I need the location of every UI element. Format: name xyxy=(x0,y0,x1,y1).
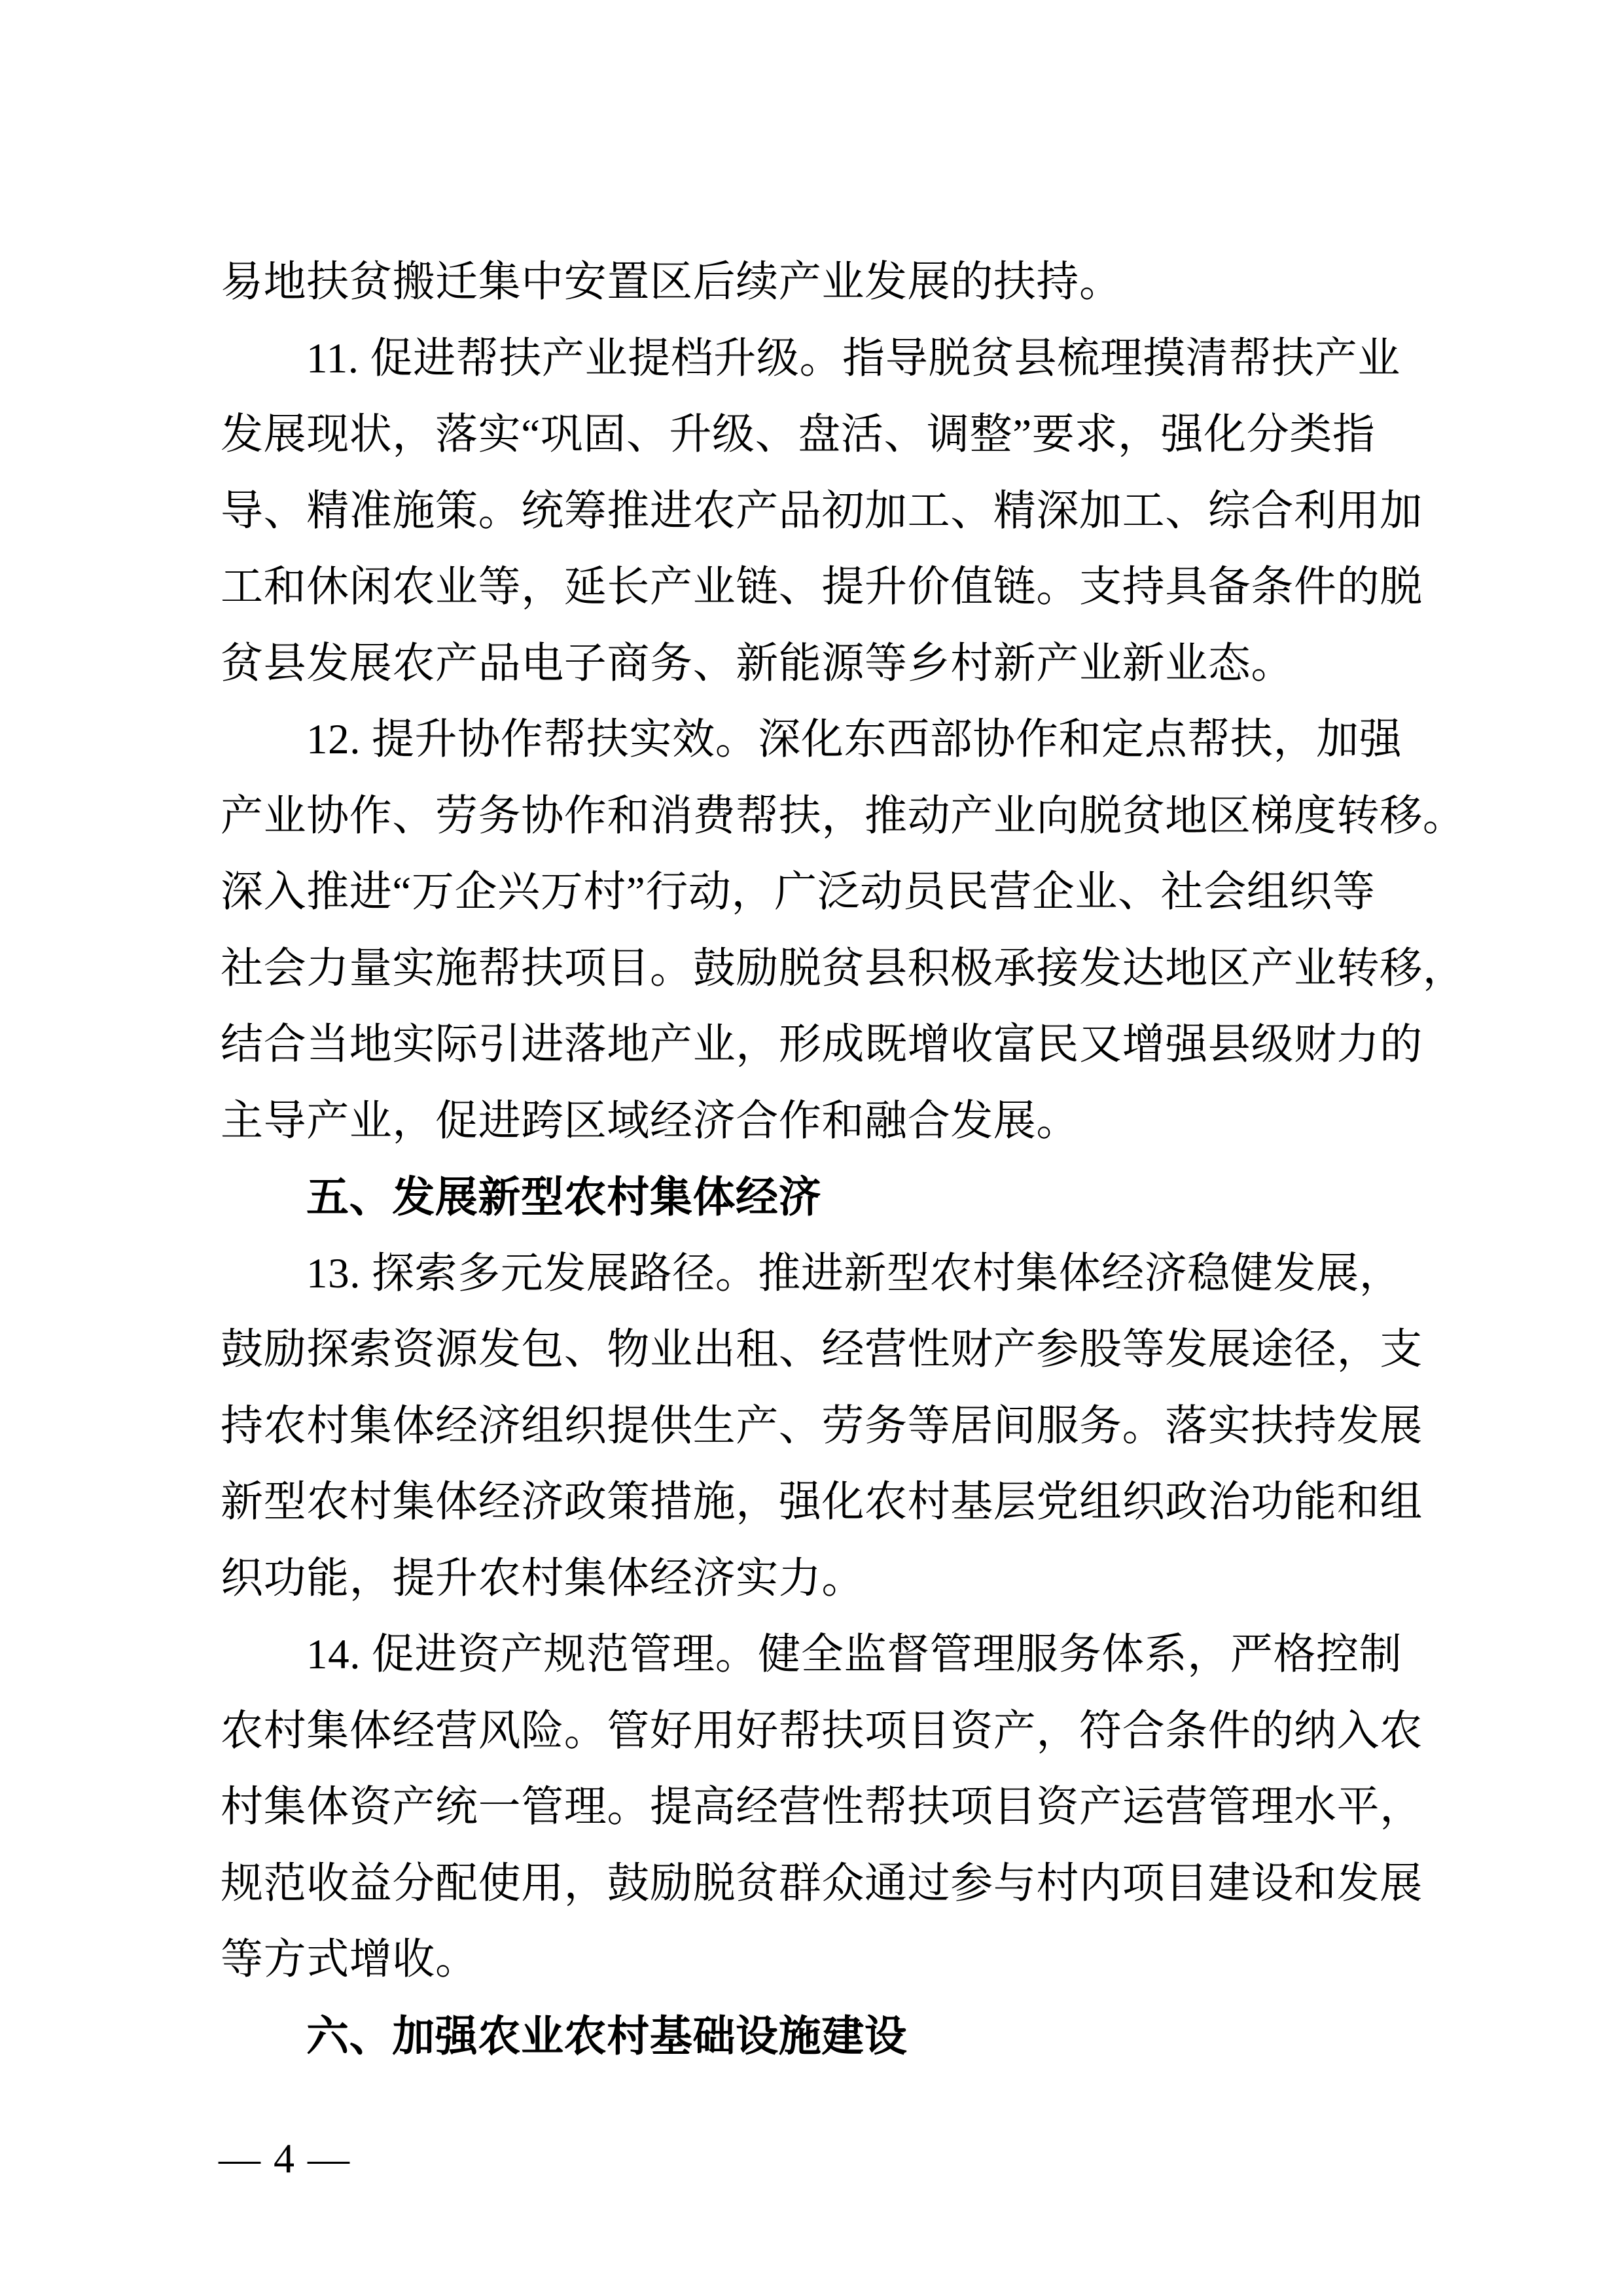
text-line: 贫县发展农产品电子商务、新能源等乡村新产业新业态。 xyxy=(221,626,1430,702)
text-content: 易地扶贫搬迁集中安置区后续产业发展的扶持。11. 促进帮扶产业提档升级。指导脱贫… xyxy=(221,244,1430,2074)
text-line: 鼓励探索资源发包、物业出租、经营性财产参股等发展途径，支 xyxy=(221,1312,1430,1388)
text-line: 易地扶贫搬迁集中安置区后续产业发展的扶持。 xyxy=(221,244,1430,321)
text-line: 导、精准施策。统筹推进农产品初加工、精深加工、综合利用加 xyxy=(221,473,1430,550)
section-heading: 六、加强农业农村基础设施建设 xyxy=(221,1998,1430,2075)
text-line: 规范收益分配使用，鼓励脱贫群众通过参与村内项目建设和发展 xyxy=(221,1846,1430,1922)
text-line: 工和休闲农业等，延长产业链、提升价值链。支持具备条件的脱 xyxy=(221,549,1430,626)
text-line: 深入推进“万企兴万村”行动，广泛动员民营企业、社会组织等 xyxy=(221,854,1430,931)
text-line: 等方式增收。 xyxy=(221,1922,1430,1998)
text-line: 织功能，提升农村集体经济实力。 xyxy=(221,1541,1430,1617)
text-line: 14. 促进资产规范管理。健全监督管理服务体系，严格控制 xyxy=(221,1617,1430,1693)
document-page: 易地扶贫搬迁集中安置区后续产业发展的扶持。11. 促进帮扶产业提档升级。指导脱贫… xyxy=(0,0,1623,2296)
text-line: 村集体资产统一管理。提高经营性帮扶项目资产运营管理水平， xyxy=(221,1769,1430,1846)
text-line: 产业协作、劳务协作和消费帮扶，推动产业向脱贫地区梯度转移。 xyxy=(221,778,1430,855)
text-line: 11. 促进帮扶产业提档升级。指导脱贫县梳理摸清帮扶产业 xyxy=(221,321,1430,397)
text-line: 12. 提升协作帮扶实效。深化东西部协作和定点帮扶，加强 xyxy=(221,702,1430,778)
text-line: 结合当地实际引进落地产业，形成既增收富民又增强县级财力的 xyxy=(221,1007,1430,1083)
text-line: 新型农村集体经济政策措施，强化农村基层党组织政治功能和组 xyxy=(221,1464,1430,1541)
text-line: 社会力量实施帮扶项目。鼓励脱贫县积极承接发达地区产业转移， xyxy=(221,931,1430,1007)
section-heading: 五、发展新型农村集体经济 xyxy=(221,1159,1430,1236)
text-line: 持农村集体经济组织提供生产、劳务等居间服务。落实扶持发展 xyxy=(221,1388,1430,1465)
text-line: 13. 探索多元发展路径。推进新型农村集体经济稳健发展， xyxy=(221,1236,1430,1312)
page-number-footer: — 4 — xyxy=(219,2136,351,2181)
text-line: 发展现状，落实“巩固、升级、盘活、调整”要求，强化分类指 xyxy=(221,397,1430,473)
text-line: 主导产业，促进跨区域经济合作和融合发展。 xyxy=(221,1083,1430,1160)
text-line: 农村集体经营风险。管好用好帮扶项目资产，符合条件的纳入农 xyxy=(221,1693,1430,1770)
